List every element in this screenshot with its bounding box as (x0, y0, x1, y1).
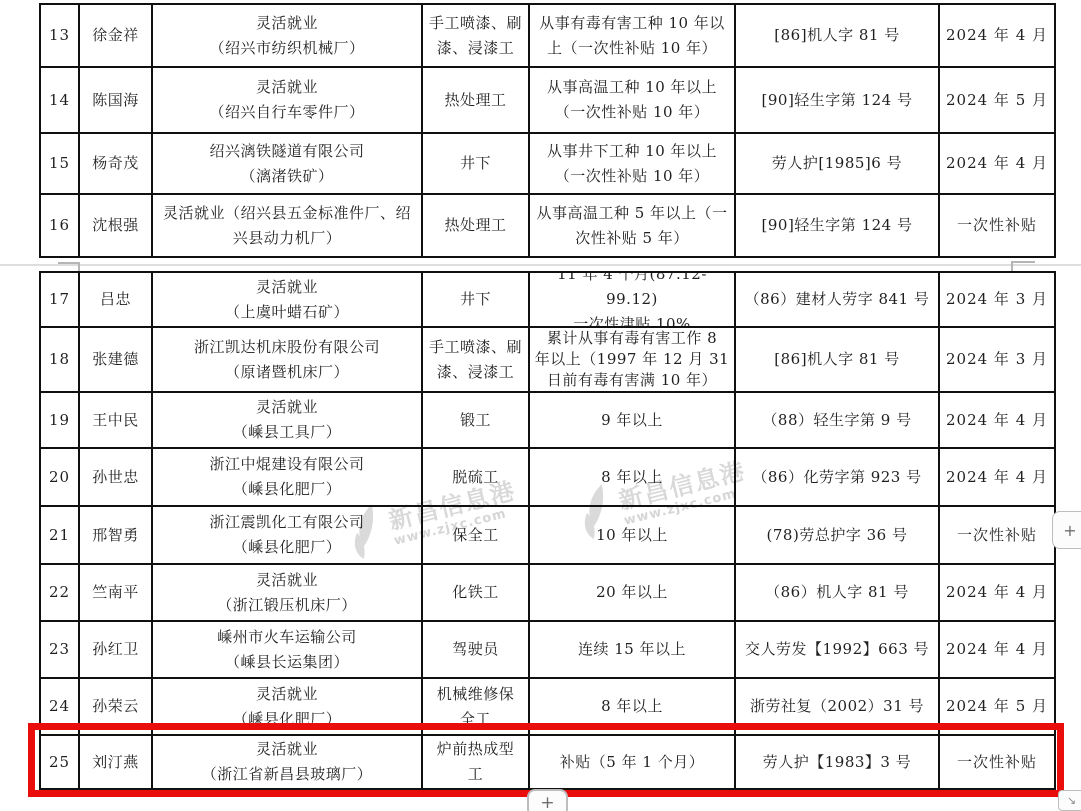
table-cell-company: 灵活就业 （嵊县化肥厂） (153, 679, 423, 736)
table-cell-job: 机械维修保 全工 (423, 679, 530, 736)
table-cell-job: 井下 (423, 273, 530, 328)
table-cell-date: 一次性补贴 (940, 736, 1056, 790)
resize-corner-icon[interactable]: ↘ (1058, 790, 1081, 811)
zoom-in-button[interactable]: + (527, 789, 568, 811)
table-cell-criteria: 从事高温工种 5 年以上（一 次性补贴 5 年） (530, 195, 736, 258)
table-cell-name: 沈根强 (80, 195, 153, 258)
table-cell-seq: 22 (41, 565, 80, 622)
table-cell-criteria: 11 年 4 个月(87.12-99.12) 一次性津贴 10% (530, 273, 736, 328)
table-cell-seq: 25 (41, 736, 80, 790)
table-cell-job: 井下 (423, 134, 530, 195)
table-cell-company: 灵活就业 （浙江省新昌县玻璃厂） (153, 736, 423, 790)
table-cell-date: 2024 年 4 月 (940, 449, 1056, 507)
table-cell-job: 驾驶员 (423, 622, 530, 679)
table-cell-name: 孙红卫 (80, 622, 153, 679)
table-cell-seq: 13 (41, 5, 80, 68)
table-cell-criteria: 从事有毒有害工种 10 年以 上（一次性补贴 10 年） (530, 5, 736, 68)
table-cell-company: 浙江震凯化工有限公司 （嵊县化肥厂） (153, 507, 423, 565)
table-cell-doc: （86）化劳字第 923 号 (736, 449, 940, 507)
table-cell-job: 热处理工 (423, 195, 530, 258)
table-cell-name: 张建德 (80, 328, 153, 393)
table-cell-name: 孙荣云 (80, 679, 153, 736)
table-cell-seq: 24 (41, 679, 80, 736)
document-viewer: { "table": { "fields": ["seq", "name", "… (0, 0, 1081, 811)
table-cell-name: 王中民 (80, 393, 153, 449)
table-cell-name: 孙世忠 (80, 449, 153, 507)
table-cell-criteria: 8 年以上 (530, 679, 736, 736)
table-cell-seq: 17 (41, 273, 80, 328)
table-cell-company: 灵活就业（绍兴县五金标准件厂、绍 兴县动力机厂） (153, 195, 423, 258)
table-cell-company: 灵活就业 （嵊县工具厂） (153, 393, 423, 449)
table-cell-job: 锻工 (423, 393, 530, 449)
table-cell-date: 一次性补贴 (940, 507, 1056, 565)
table-cell-doc: [86]机人字 81 号 (736, 328, 940, 393)
table-cell-job: 手工喷漆、刷 漆、浸漆工 (423, 5, 530, 68)
table-cell-date: 2024 年 5 月 (940, 68, 1056, 134)
table-cell-company: 浙江凯达机床股份有限公司 （原诸暨机床厂） (153, 328, 423, 393)
table-cell-date: 2024 年 4 月 (940, 134, 1056, 195)
table-cell-company: 灵活就业 （绍兴市纺织机械厂） (153, 5, 423, 68)
records-table-page1: 13徐金祥灵活就业 （绍兴市纺织机械厂）手工喷漆、刷 漆、浸漆工从事有毒有害工种… (39, 3, 1056, 258)
table-cell-criteria: 累计从事有毒有害工作 8 年以上（1997 年 12 月 31 日前有毒有害满 … (530, 328, 736, 393)
table-cell-doc: 交人劳发【1992】663 号 (736, 622, 940, 679)
table-cell-doc: [90]轻生字第 124 号 (736, 195, 940, 258)
table-cell-date: 2024 年 3 月 (940, 328, 1056, 393)
table-cell-company: 浙江中焜建设有限公司 （嵊县化肥厂） (153, 449, 423, 507)
table-cell-company: 灵活就业 （上虞叶蜡石矿） (153, 273, 423, 328)
table-cell-name: 陈国海 (80, 68, 153, 134)
page-break-divider (0, 264, 1081, 266)
table-cell-name: 吕忠 (80, 273, 153, 328)
table-cell-doc: 浙劳社复（2002）31 号 (736, 679, 940, 736)
table-cell-name: 徐金祥 (80, 5, 153, 68)
table-cell-doc: (78)劳总护字 36 号 (736, 507, 940, 565)
table-cell-job: 保全工 (423, 507, 530, 565)
table-cell-doc: 劳人护[1985]6 号 (736, 134, 940, 195)
table-cell-name: 竺南平 (80, 565, 153, 622)
table-cell-seq: 21 (41, 507, 80, 565)
table-cell-criteria: 20 年以上 (530, 565, 736, 622)
table-cell-date: 2024 年 4 月 (940, 622, 1056, 679)
table-cell-criteria: 从事井下工种 10 年以上 （一次性补贴 10 年） (530, 134, 736, 195)
table-cell-date: 2024 年 4 月 (940, 565, 1056, 622)
table-cell-company: 灵活就业 （绍兴自行车零件厂） (153, 68, 423, 134)
table-cell-criteria: 从事高温工种 10 年以上 （一次性补贴 10 年） (530, 68, 736, 134)
table-cell-job: 热处理工 (423, 68, 530, 134)
table-cell-company: 绍兴漓铁隧道有限公司 （漓渚铁矿） (153, 134, 423, 195)
page-margin-mark-right (1011, 261, 1035, 271)
table-cell-seq: 19 (41, 393, 80, 449)
table-cell-doc: （86）建材人劳字 841 号 (736, 273, 940, 328)
table-cell-doc: （88）轻生字第 9 号 (736, 393, 940, 449)
table-cell-seq: 16 (41, 195, 80, 258)
table-cell-job: 炉前热成型 工 (423, 736, 530, 790)
table-cell-doc: 劳人护【1983】3 号 (736, 736, 940, 790)
table-cell-criteria: 补贴（5 年 1 个月） (530, 736, 736, 790)
table-cell-doc: [86]机人字 81 号 (736, 5, 940, 68)
table-cell-criteria: 10 年以上 (530, 507, 736, 565)
table-cell-date: 2024 年 4 月 (940, 393, 1056, 449)
table-cell-criteria: 8 年以上 (530, 449, 736, 507)
table-cell-doc: （86）机人字 81 号 (736, 565, 940, 622)
table-cell-date: 一次性补贴 (940, 195, 1056, 258)
table-cell-seq: 15 (41, 134, 80, 195)
page-margin-mark-left (58, 262, 80, 271)
table-cell-name: 刘汀燕 (80, 736, 153, 790)
table-cell-company: 灵活就业 （浙江锻压机床厂） (153, 565, 423, 622)
table-cell-criteria: 9 年以上 (530, 393, 736, 449)
table-cell-seq: 20 (41, 449, 80, 507)
records-table-page2: 17吕忠灵活就业 （上虞叶蜡石矿）井下11 年 4 个月(87.12-99.12… (39, 271, 1056, 790)
table-cell-doc: [90]轻生字第 124 号 (736, 68, 940, 134)
table-cell-job: 化铁工 (423, 565, 530, 622)
expand-right-button[interactable]: + (1052, 511, 1081, 549)
table-cell-job: 脱硫工 (423, 449, 530, 507)
table-cell-date: 2024 年 5 月 (940, 679, 1056, 736)
table-cell-seq: 23 (41, 622, 80, 679)
table-cell-name: 杨奇茂 (80, 134, 153, 195)
table-cell-name: 邢智勇 (80, 507, 153, 565)
table-cell-job: 手工喷漆、刷 漆、浸漆工 (423, 328, 530, 393)
table-cell-date: 2024 年 3 月 (940, 273, 1056, 328)
table-cell-seq: 18 (41, 328, 80, 393)
table-cell-company: 嵊州市火车运输公司 （嵊县长运集团） (153, 622, 423, 679)
table-cell-date: 2024 年 4 月 (940, 5, 1056, 68)
table-cell-criteria: 连续 15 年以上 (530, 622, 736, 679)
table-cell-seq: 14 (41, 68, 80, 134)
